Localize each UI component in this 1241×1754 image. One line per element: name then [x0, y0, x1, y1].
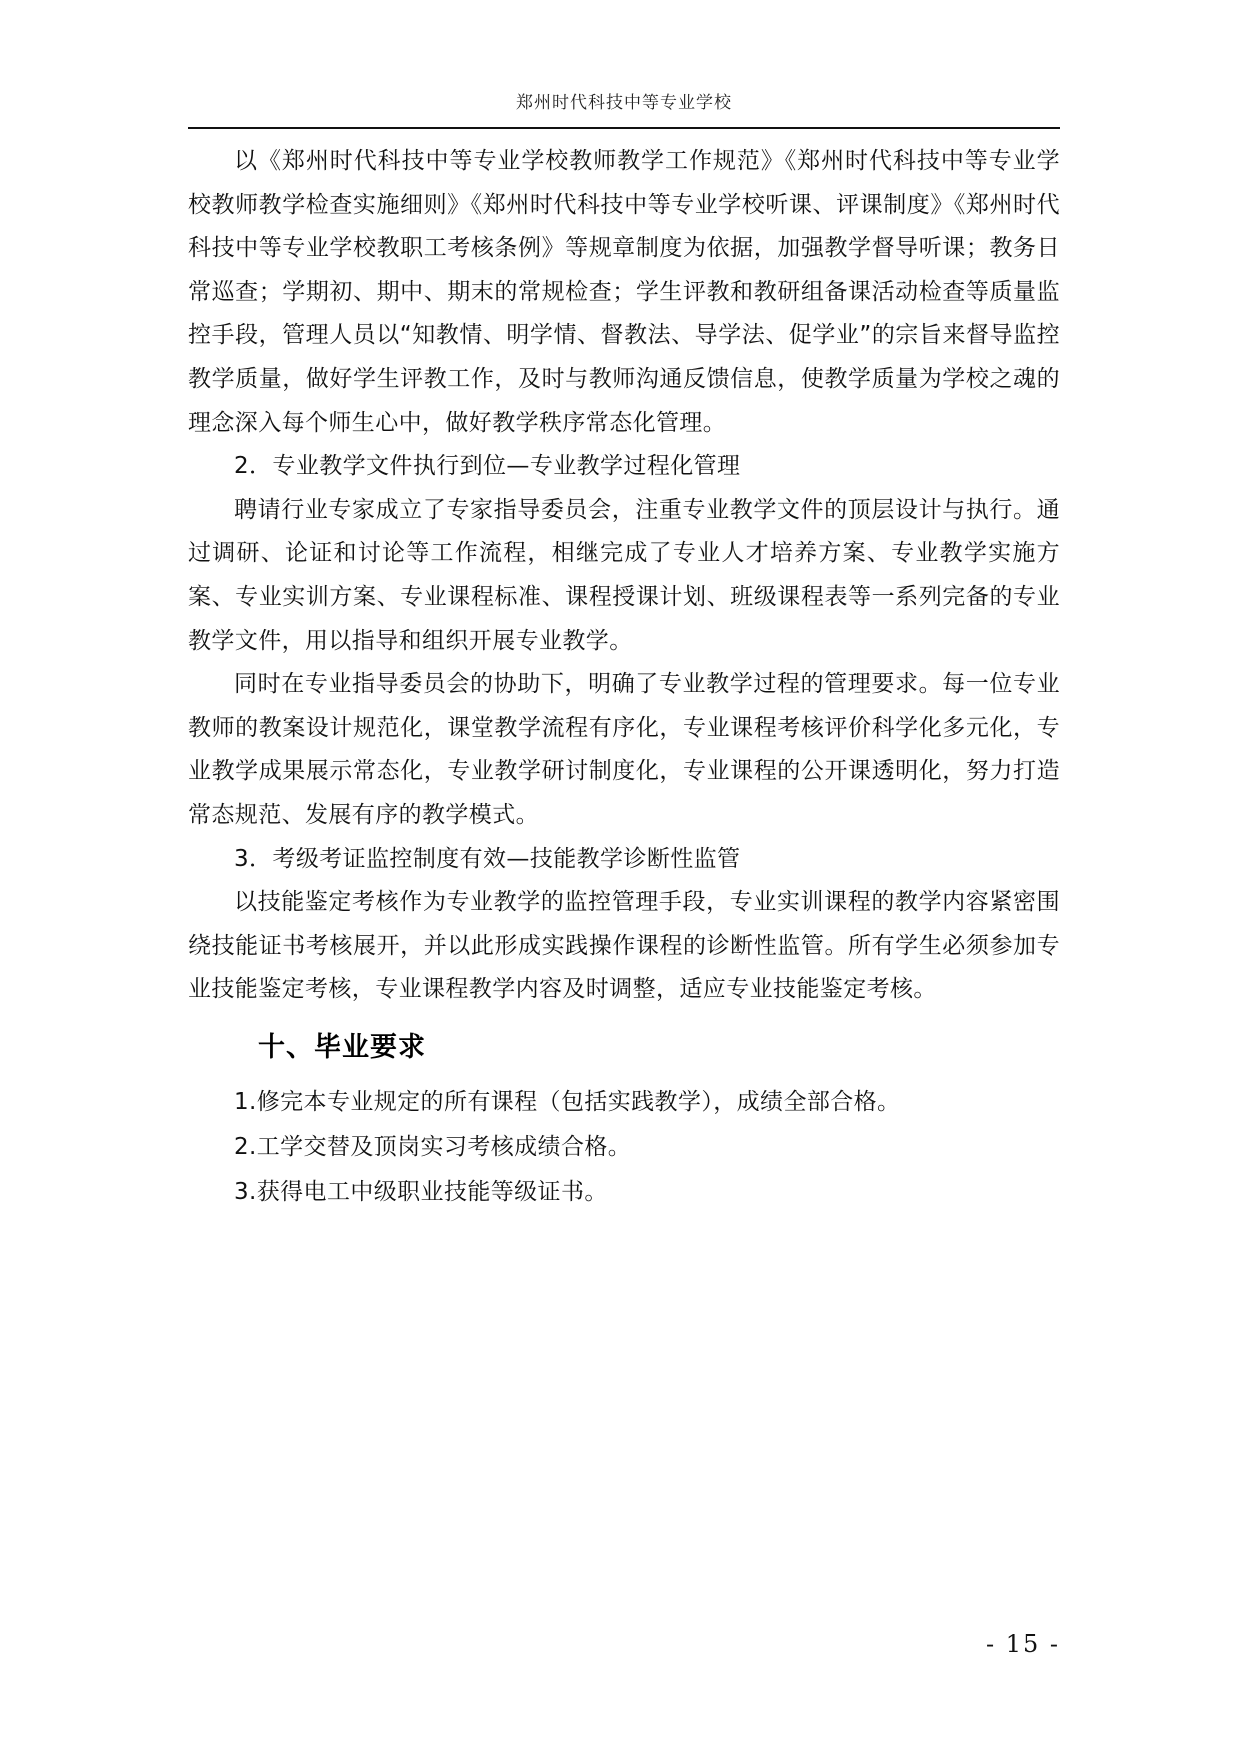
page-number: - 15 -: [948, 1630, 1060, 1658]
subsection-heading-2: 2．专业教学文件执行到位—专业教学过程化管理: [188, 445, 1060, 489]
paragraph-quality-monitoring: 以《郑州时代科技中等专业学校教师教学工作规范》《郑州时代科技中等专业学校教师教学…: [188, 140, 1060, 445]
subsection-heading-3: 3．考级考证监控制度有效—技能教学诊断性监管: [188, 838, 1060, 882]
requirement-item-2: 2.工学交替及顶岗实习考核成绩合格。: [188, 1125, 1060, 1170]
requirement-item-1: 1.修完本专业规定的所有课程（包括实践教学），成绩全部合格。: [188, 1080, 1060, 1125]
paragraph-skill-assessment: 以技能鉴定考核作为专业教学的监控管理手段，专业实训课程的教学内容紧密围绕技能证书…: [188, 881, 1060, 1012]
header-divider: [188, 127, 1060, 129]
paragraph-process-management: 同时在专业指导委员会的协助下，明确了专业教学过程的管理要求。每一位专业教师的教案…: [188, 663, 1060, 837]
requirement-item-3: 3.获得电工中级职业技能等级证书。: [188, 1170, 1060, 1215]
document-body: 以《郑州时代科技中等专业学校教师教学工作规范》《郑州时代科技中等专业学校教师教学…: [188, 140, 1060, 1215]
page-header-school-name: 郑州时代科技中等专业学校: [188, 88, 1060, 113]
paragraph-expert-committee: 聘请行业专家成立了专家指导委员会，注重专业教学文件的顶层设计与执行。通过调研、论…: [188, 489, 1060, 663]
section-heading-graduation-requirements: 十、毕业要求: [188, 1022, 1060, 1074]
